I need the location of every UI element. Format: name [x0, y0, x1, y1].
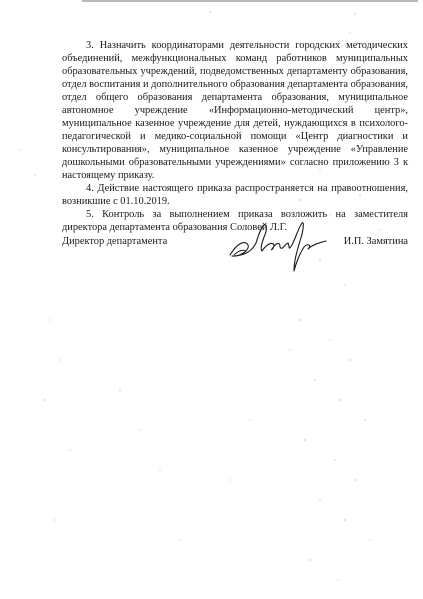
paragraph-number: 5.: [62, 209, 94, 220]
scan-artifact-line: [82, 0, 418, 2]
paragraph-number: 3.: [62, 40, 94, 51]
signatory-position: Директор департамента: [62, 236, 167, 247]
signature-block: Директор департамента И.П. Замятина: [62, 233, 408, 253]
signatory-name: И.П. Замятина: [344, 236, 408, 247]
document-body: 3. Назначить координаторами деятельности…: [62, 39, 408, 234]
paragraph-text: Действие настоящего приказа распространя…: [62, 183, 408, 207]
paragraph-number: 4.: [62, 183, 94, 194]
handwritten-signature-icon: [222, 215, 332, 285]
paragraph-text: Назначить координаторами деятельности го…: [62, 40, 408, 181]
paragraph-4: 4. Действие настоящего приказа распростр…: [62, 182, 408, 208]
paragraph-3: 3. Назначить координаторами деятельности…: [62, 39, 408, 182]
